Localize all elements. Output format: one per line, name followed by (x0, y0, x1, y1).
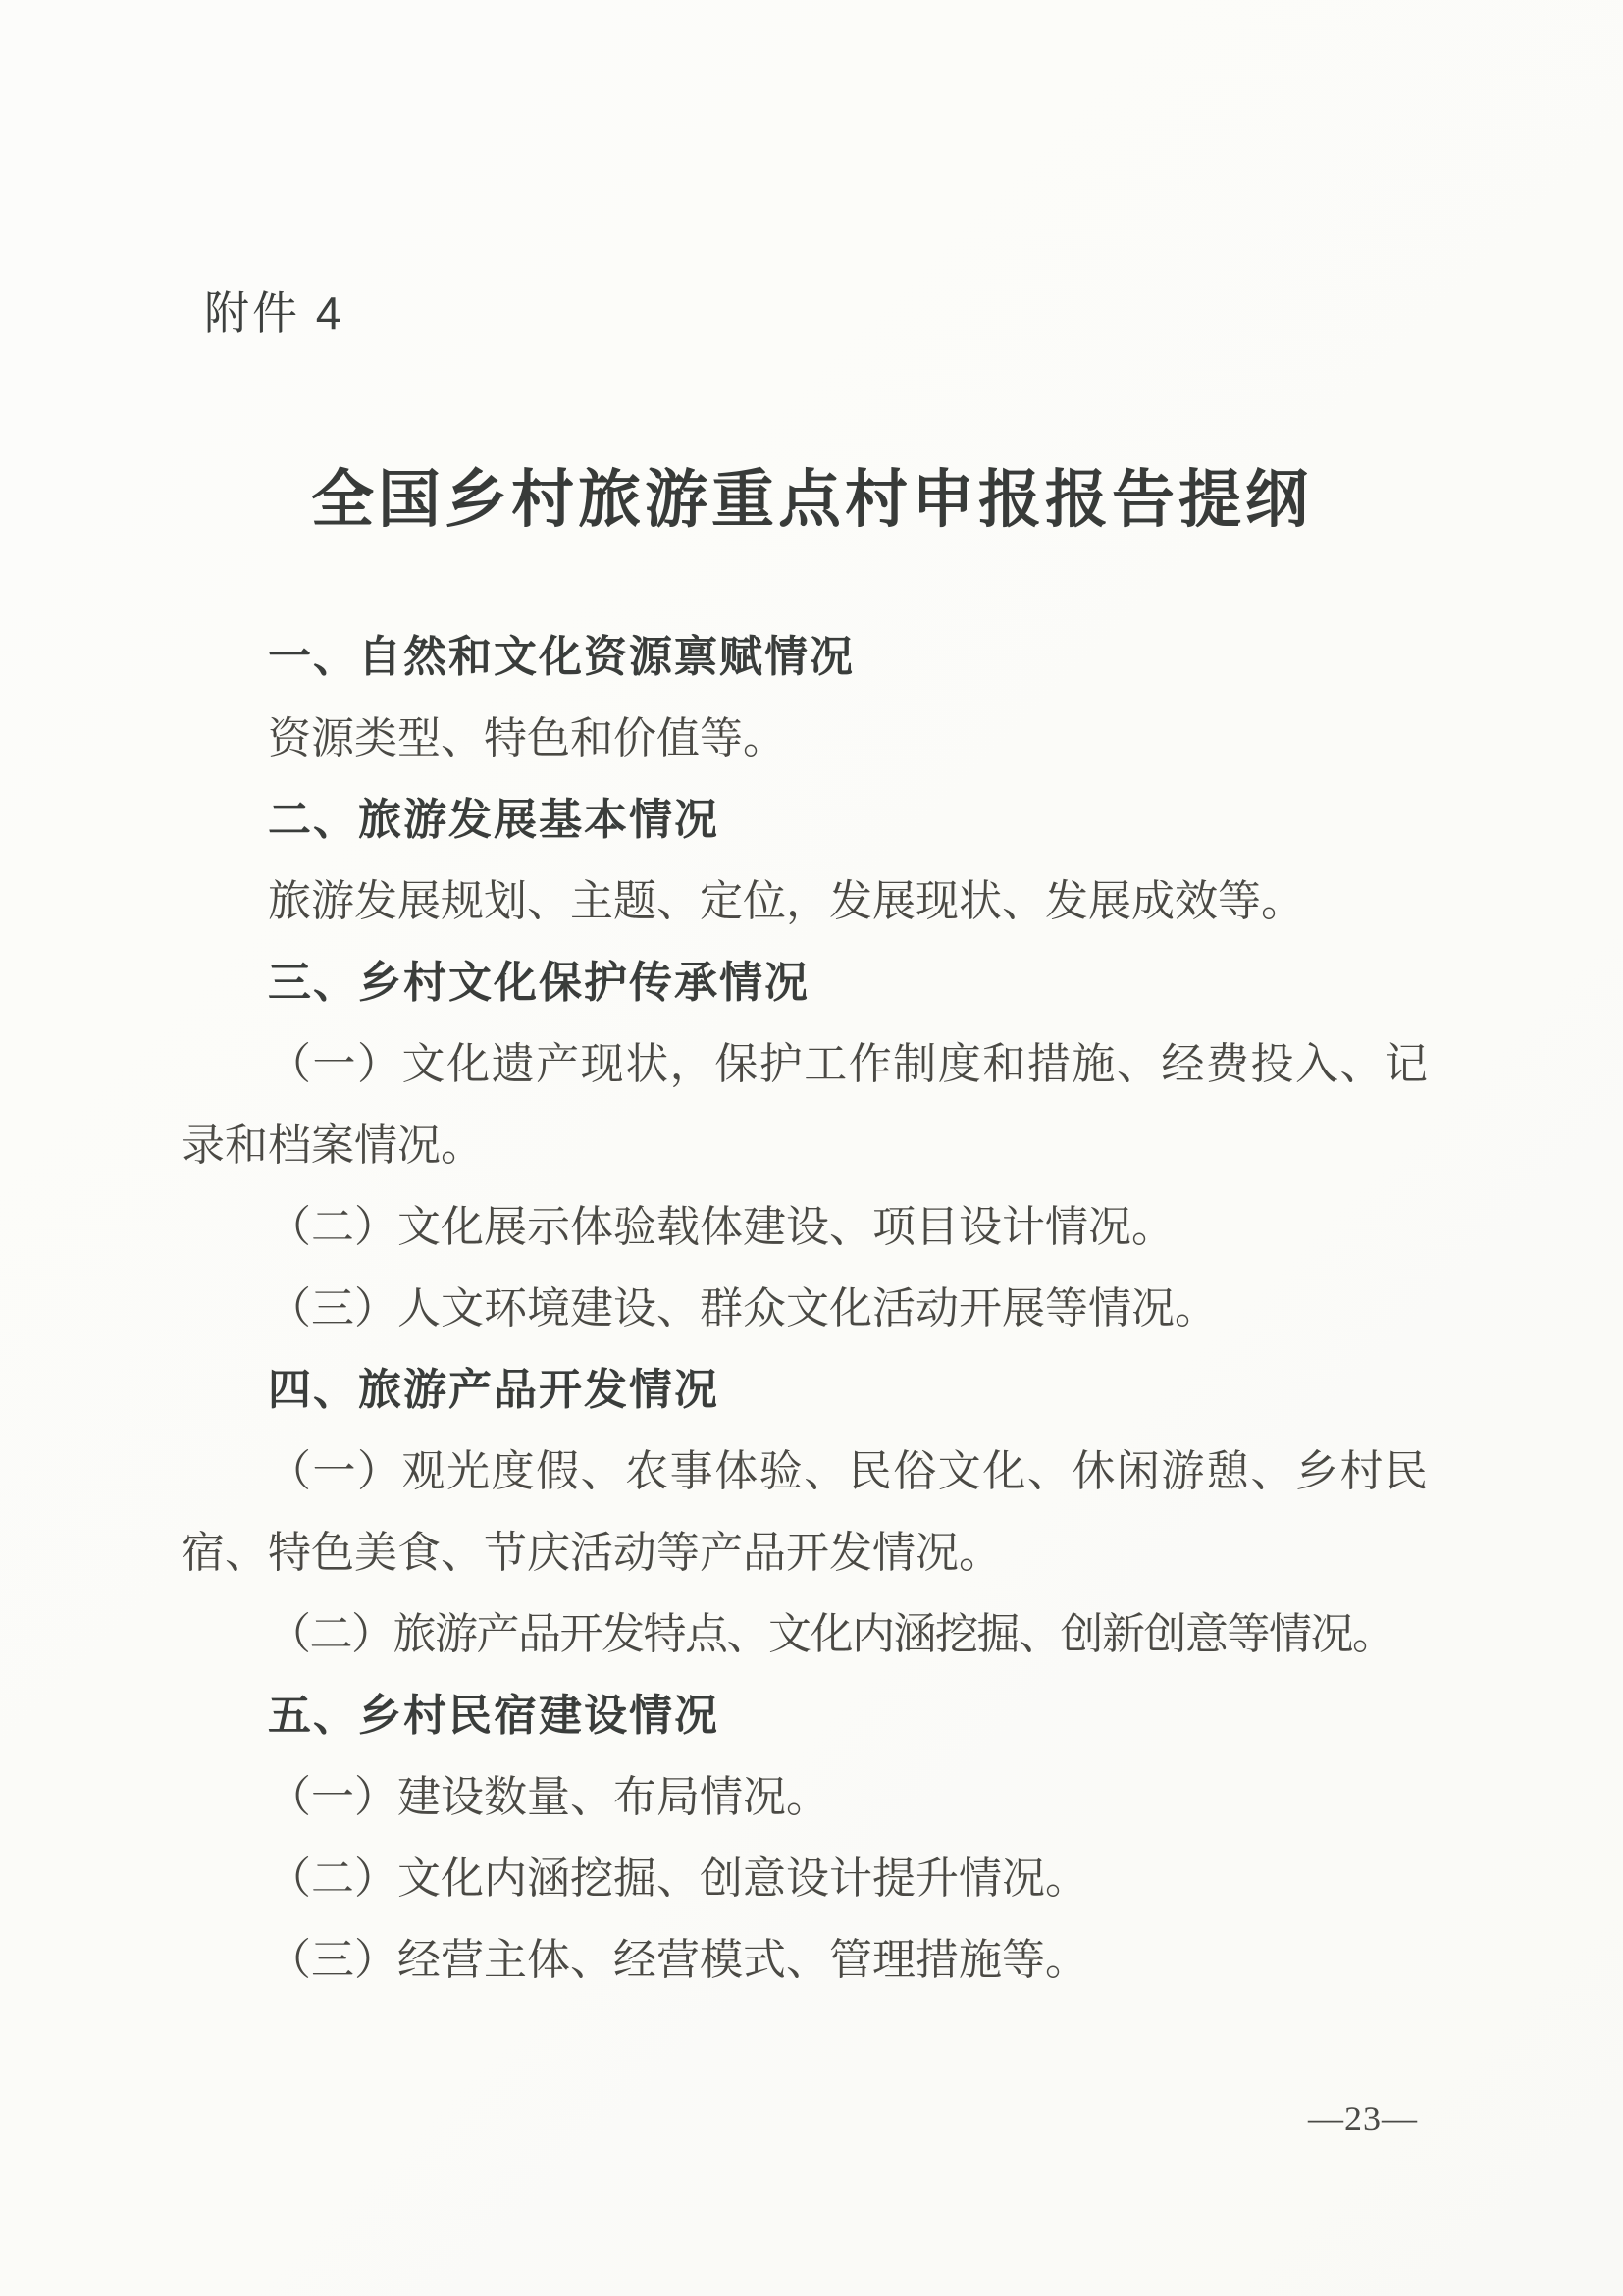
page-number: —23— (1308, 2098, 1418, 2139)
outline-paragraph: （二）文化展示体验载体建设、项目设计情况。 (182, 1186, 1428, 1268)
outline-paragraph: （三）经营主体、经营模式、管理措施等。 (182, 1919, 1428, 2001)
outline-paragraph: （一）观光度假、农事体验、民俗文化、休闲游憩、乡村民宿、特色美食、节庆活动等产品… (182, 1431, 1428, 1593)
attachment-label: 附件 4 (204, 278, 343, 342)
document-page: 附件 4 全国乡村旅游重点村申报报告提纲 一、自然和文化资源禀赋情况 资源类型、… (0, 0, 1623, 2296)
outline-paragraph: （三）人文环境建设、群众文化活动开展等情况。 (182, 1268, 1428, 1349)
outline-paragraph: （二）旅游产品开发特点、文化内涵挖掘、创新创意等情况。 (182, 1593, 1428, 1675)
section-heading-2: 二、旅游发展基本情况 (182, 779, 1428, 861)
outline-paragraph: （一）文化遗产现状，保护工作制度和措施、经费投入、记录和档案情况。 (182, 1023, 1428, 1186)
section-heading-3: 三、乡村文化保护传承情况 (182, 942, 1428, 1023)
document-title: 全国乡村旅游重点村申报报告提纲 (0, 449, 1623, 540)
section-heading-5: 五、乡村民宿建设情况 (182, 1675, 1428, 1756)
outline-paragraph: （二）文化内涵挖掘、创意设计提升情况。 (182, 1838, 1428, 1919)
outline-paragraph: 资源类型、特色和价值等。 (182, 698, 1428, 779)
section-heading-4: 四、旅游产品开发情况 (182, 1349, 1428, 1431)
outline-paragraph: （一）建设数量、布局情况。 (182, 1756, 1428, 1838)
outline-paragraph: 旅游发展规划、主题、定位，发展现状、发展成效等。 (182, 861, 1428, 942)
outline-content: 一、自然和文化资源禀赋情况 资源类型、特色和价值等。 二、旅游发展基本情况 旅游… (182, 616, 1428, 2001)
section-heading-1: 一、自然和文化资源禀赋情况 (182, 616, 1428, 698)
